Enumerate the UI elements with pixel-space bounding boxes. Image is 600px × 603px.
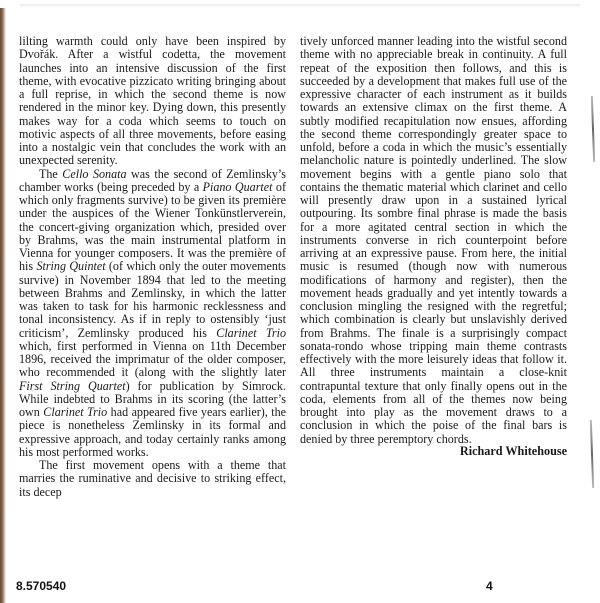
scan-shadow <box>20 4 580 8</box>
work-title: Clarinet Trio <box>216 326 286 340</box>
paragraph: lilting warmth could only have been insp… <box>19 35 286 168</box>
work-title: First String Quartet <box>19 379 126 393</box>
catalog-number: 8.570540 <box>16 579 66 593</box>
paragraph: tively unforced manner leading into the … <box>300 35 567 446</box>
staple-mark <box>590 420 594 488</box>
left-text-column: lilting warmth could only have been insp… <box>19 35 286 499</box>
work-title: Cello Sonata <box>62 167 126 181</box>
work-title: Piano Quartet <box>203 180 273 194</box>
paragraph: The Cello Sonata was the second of Zemli… <box>19 168 286 460</box>
work-title: String Quintet <box>36 259 105 273</box>
booklet-spine-edge <box>0 8 6 603</box>
staple-mark <box>591 96 595 162</box>
page-number: 4 <box>486 579 493 593</box>
author-signature: Richard Whitehouse <box>300 444 567 459</box>
right-text-column: tively unforced manner leading into the … <box>300 35 567 446</box>
work-title: Clarinet Trio <box>43 405 107 419</box>
paragraph: The first movement opens with a theme th… <box>19 459 286 499</box>
